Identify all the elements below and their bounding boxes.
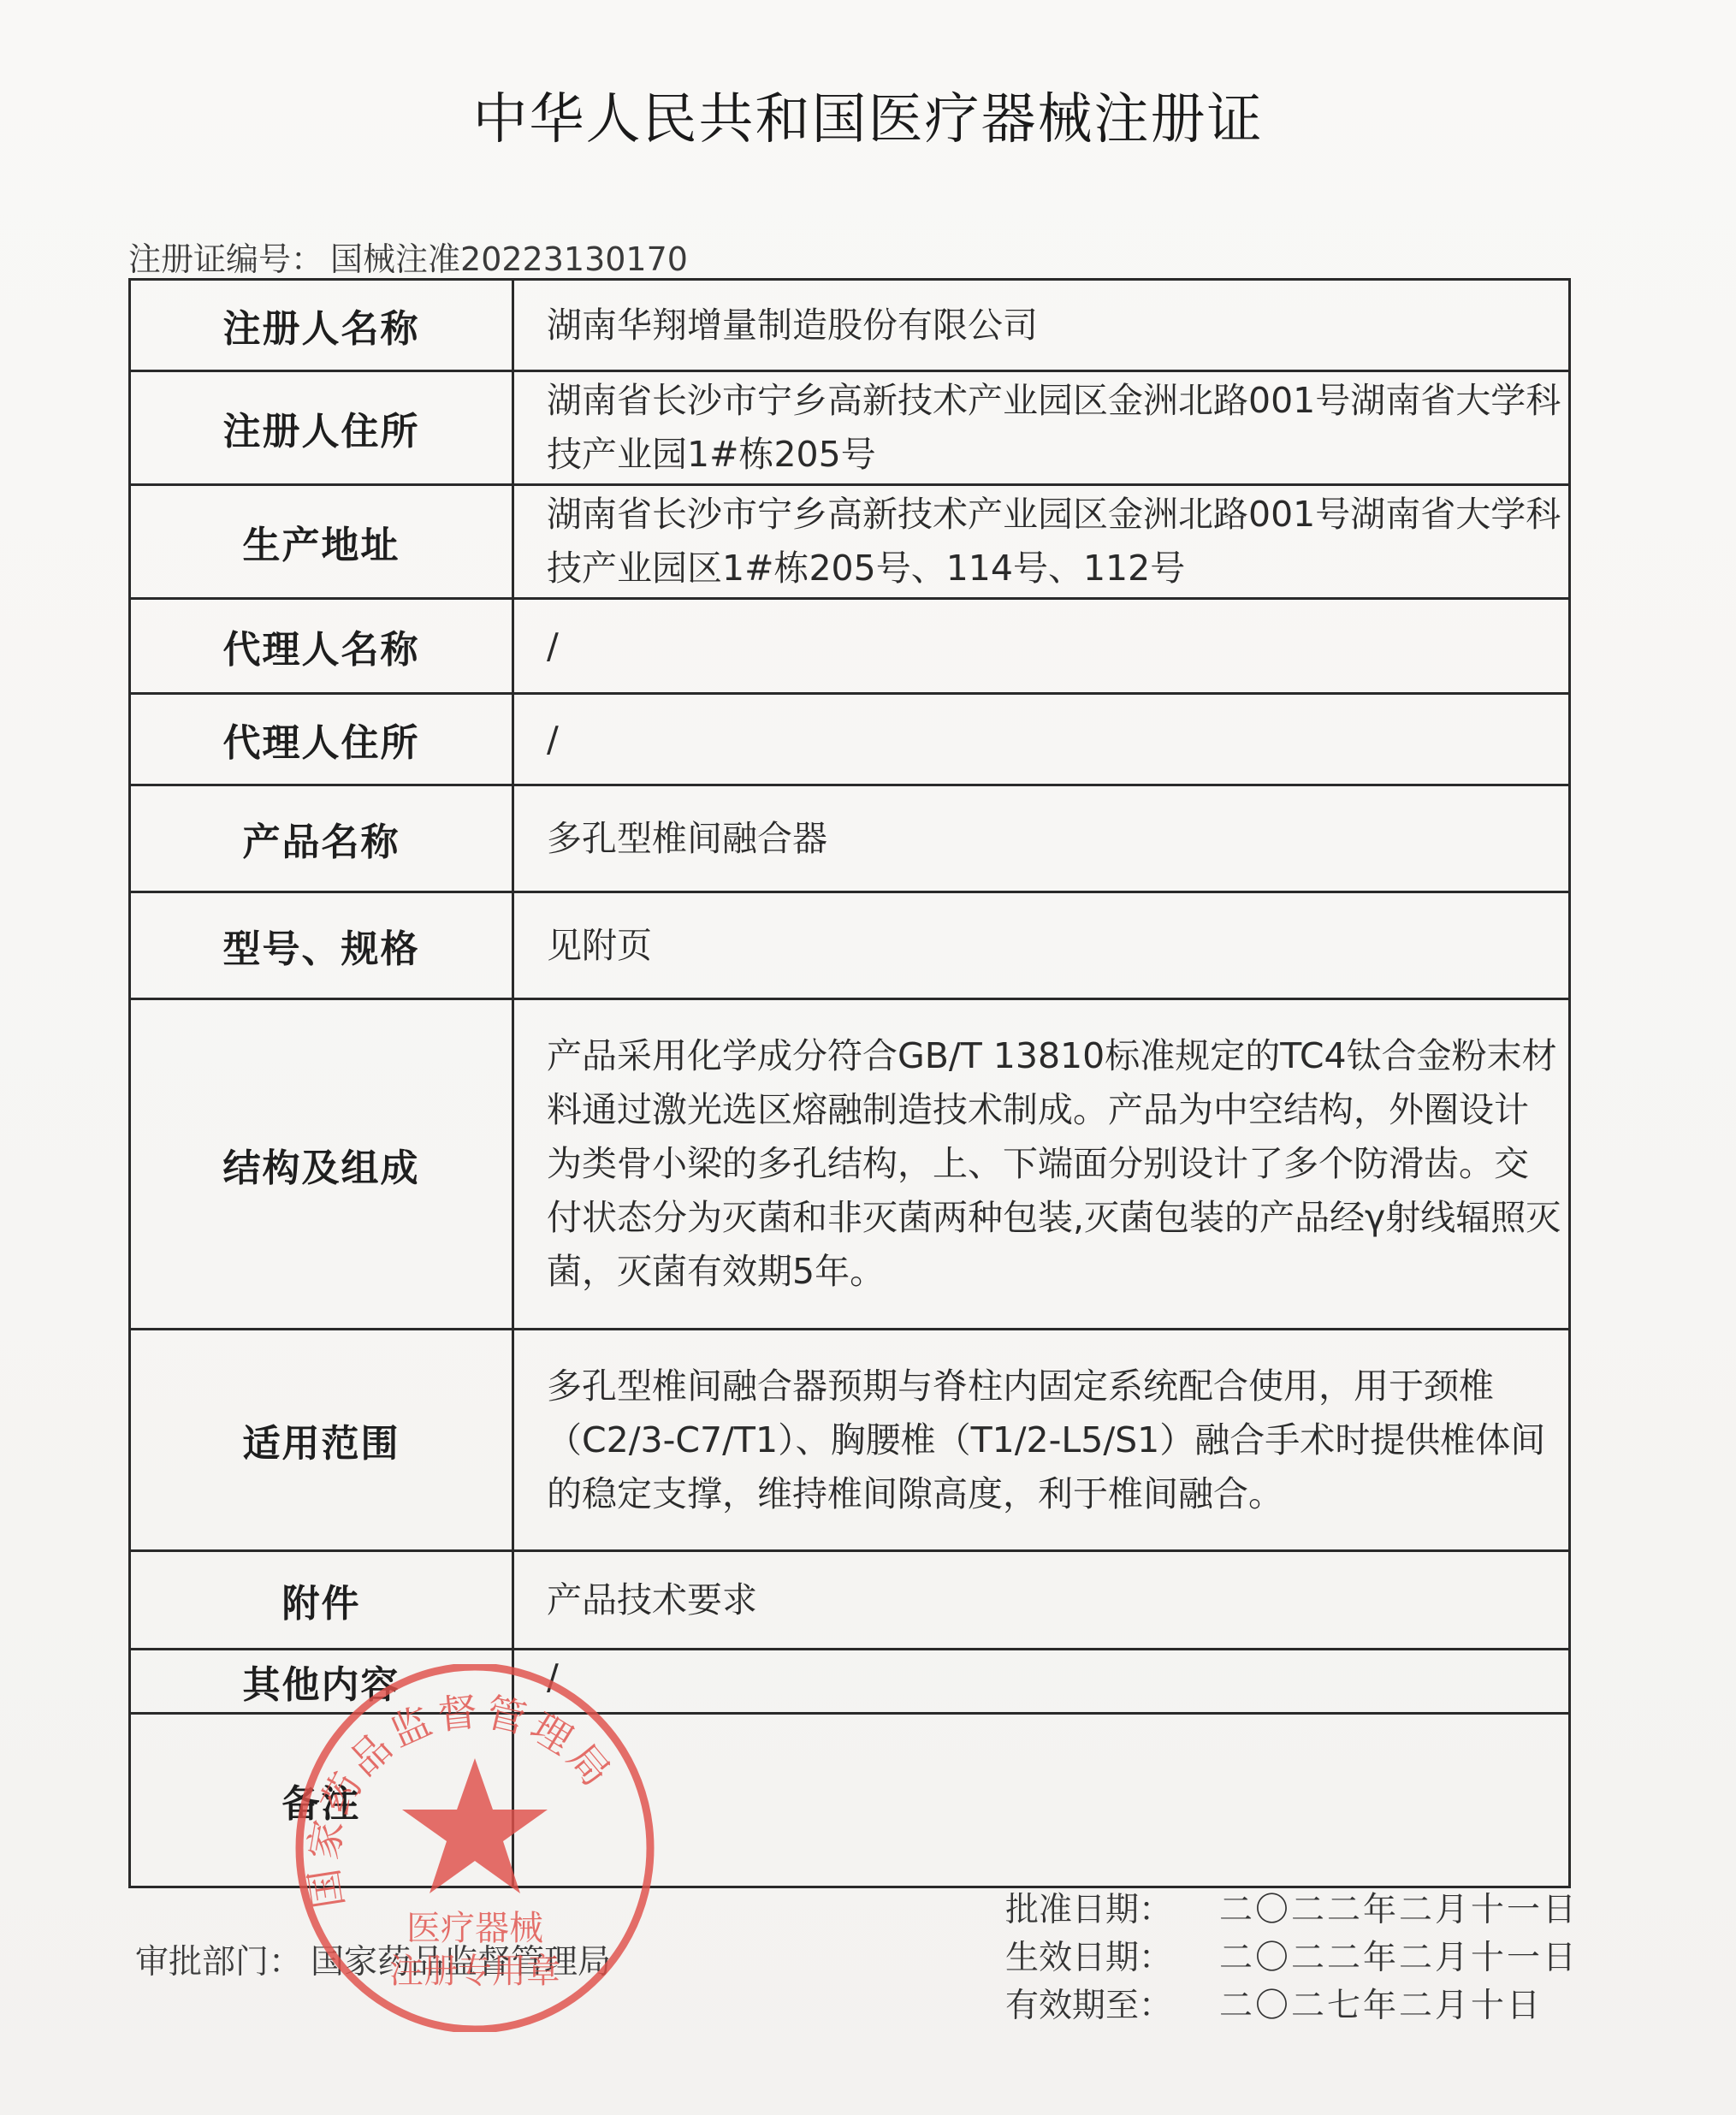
table-row-agent-name: 代理人名称 / (130, 599, 1570, 694)
effective-date: 生效日期：二〇二二年二月十一日 (1005, 1934, 1579, 1982)
certificate-page: 中华人民共和国医疗器械注册证 注册证编号：国械注准20223130170 注册人… (0, 0, 1736, 2115)
effective-date-label: 生效日期： (1005, 1934, 1219, 1982)
row-value: 湖南省长沙市宁乡高新技术产业园区金洲北路001号湖南省大学科技产业园区1#栋20… (513, 485, 1570, 599)
expiry-date-label: 有效期至： (1005, 1982, 1219, 2030)
row-label: 其他内容 (130, 1650, 513, 1714)
row-value: 湖南华翔增量制造股份有限公司 (513, 280, 1570, 371)
row-value: 见附页 (513, 892, 1570, 999)
row-label: 产品名称 (130, 785, 513, 892)
document-title-text: 中华人民共和国医疗器械注册证 (473, 88, 1264, 151)
table-row-model-spec: 型号、规格 见附页 (130, 892, 1570, 999)
table-row-attachment: 附件 产品技术要求 (130, 1551, 1570, 1650)
table-row-production-address: 生产地址 湖南省长沙市宁乡高新技术产业园区金洲北路001号湖南省大学科技产业园区… (130, 485, 1570, 599)
row-label: 生产地址 (130, 485, 513, 599)
expiry-date-value: 二〇二七年二月十日 (1219, 1987, 1543, 2025)
row-value (513, 1714, 1570, 1887)
row-label: 型号、规格 (130, 892, 513, 999)
row-value: / (513, 694, 1570, 785)
table-row-agent-address: 代理人住所 / (130, 694, 1570, 785)
registration-number-label: 注册证编号： (128, 240, 323, 278)
row-label: 代理人名称 (130, 599, 513, 694)
row-value: 产品技术要求 (513, 1551, 1570, 1650)
approval-date-value: 二〇二二年二月十一日 (1219, 1891, 1579, 1929)
table-row-product-name: 产品名称 多孔型椎间融合器 (130, 785, 1570, 892)
table-row-remarks: 备注 (130, 1714, 1570, 1887)
approval-date-label: 批准日期： (1005, 1887, 1219, 1934)
row-label: 备注 (130, 1714, 513, 1887)
approval-department: 审批部门：国家药品监督管理局 (135, 1935, 611, 1983)
document-title: 中华人民共和国医疗器械注册证 (0, 75, 1736, 154)
row-label: 代理人住所 (130, 694, 513, 785)
row-label: 适用范围 (130, 1330, 513, 1551)
table-row-scope-of-application: 适用范围 多孔型椎间融合器预期与脊柱内固定系统配合使用，用于颈椎（C2/3-C7… (130, 1330, 1570, 1551)
row-label: 注册人名称 (130, 280, 513, 371)
row-value: 产品采用化学成分符合GB/T 13810标准规定的TC4钛合金粉末材料通过激光选… (513, 999, 1570, 1330)
row-value: / (513, 599, 1570, 694)
expiry-date: 有效期至：二〇二七年二月十日 (1005, 1982, 1579, 2030)
registration-number: 注册证编号：国械注准20223130170 (128, 233, 688, 280)
table-row-other-content: 其他内容 / (130, 1650, 1570, 1714)
row-value: 多孔型椎间融合器预期与脊柱内固定系统配合使用，用于颈椎（C2/3-C7/T1）、… (513, 1330, 1570, 1551)
approval-department-label: 审批部门： (135, 1943, 302, 1982)
row-value: 多孔型椎间融合器 (513, 785, 1570, 892)
date-block: 批准日期：二〇二二年二月十一日 生效日期：二〇二二年二月十一日 有效期至：二〇二… (1005, 1887, 1579, 2030)
table-row-registrant-name: 注册人名称 湖南华翔增量制造股份有限公司 (130, 280, 1570, 371)
approval-date: 批准日期：二〇二二年二月十一日 (1005, 1887, 1579, 1934)
effective-date-value: 二〇二二年二月十一日 (1219, 1939, 1579, 1977)
row-value: / (513, 1650, 1570, 1714)
table-row-structure-composition: 结构及组成 产品采用化学成分符合GB/T 13810标准规定的TC4钛合金粉末材… (130, 999, 1570, 1330)
table-row-registrant-address: 注册人住所 湖南省长沙市宁乡高新技术产业园区金洲北路001号湖南省大学科技产业园… (130, 371, 1570, 485)
approval-department-value: 国家药品监督管理局 (311, 1943, 611, 1982)
row-value: 湖南省长沙市宁乡高新技术产业园区金洲北路001号湖南省大学科技产业园1#栋205… (513, 371, 1570, 485)
row-label: 附件 (130, 1551, 513, 1650)
registration-number-value: 国械注准20223130170 (330, 240, 688, 278)
certificate-table: 注册人名称 湖南华翔增量制造股份有限公司 注册人住所 湖南省长沙市宁乡高新技术产… (128, 278, 1571, 1888)
row-label: 结构及组成 (130, 999, 513, 1330)
row-label: 注册人住所 (130, 371, 513, 485)
